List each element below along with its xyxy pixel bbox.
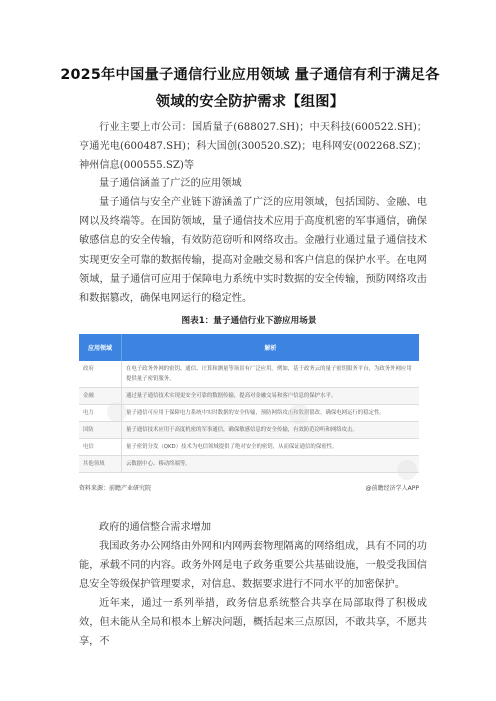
row-field: 其他领域 [79,456,122,473]
row-field: 国防 [79,422,122,439]
row-desc: 在电子政务外网的密钥、通信、计算和测量等场景有广泛应用。例如，基于政务云的量子密… [122,361,420,388]
table-row: 电力 量子通信可应用于保障电力系统中实时数据的安全传输，预防网络攻击和数据篡改，… [79,405,419,422]
table-header-row: 应用领域 解析 [79,334,419,361]
title-line-2: 领域的安全防护需求【组图】 [60,89,440,116]
section-heading-government: 政府的通信整合需求增加 [99,518,211,537]
listed-companies-paragraph: 行业主要上市公司：国盾量子(688027.SH)；中天科技(600522.SH)… [79,118,427,176]
section-heading-applications: 量子通信涵盖了广泛的应用领域 [99,174,242,193]
table-row: 金融 通过量子通信技术实现更安全可靠的数据传输，提高对金融交易和客户信息的保护水… [79,388,419,405]
row-desc: 云数据中心、移动终端等。 [122,456,420,473]
figure-footer: 资料来源：前瞻产业研究院 @前瞻经济学人APP [79,483,419,492]
header-field: 应用领域 [79,334,122,361]
watermark-icon [289,404,309,424]
figure-caption: 图表1：量子通信行业下游应用场景 [79,312,419,330]
table-row: 国防 量子通信技术应用于高度机密的军事通信，确保敏感信息的安全传输，有效防范窃听… [79,422,419,439]
government-paragraph-1: 我国政务办公网络由外网和内网两套物理隔离的网络组成，具有不同的功能，承载不同的内… [79,537,427,595]
row-desc: 量子通信可应用于保障电力系统中实时数据的安全传输，预防网络攻击和数据篡改，确保电… [122,405,420,422]
title-line-1: 2025年中国量子通信行业应用领域 量子通信有利于满足各 [60,62,440,89]
figure-source: 资料来源：前瞻产业研究院 [79,483,151,492]
document-page: 2025年中国量子通信行业应用领域 量子通信有利于满足各 领域的安全防护需求【组… [0,0,496,701]
row-field: 电信 [79,439,122,456]
row-field: 政府 [79,361,122,388]
table-row: 其他领域 云数据中心、移动终端等。 [79,456,419,473]
application-table: 应用领域 解析 政府 在电子政务外网的密钥、通信、计算和测量等场景有广泛应用。例… [79,334,419,473]
row-desc: 通过量子通信技术实现更安全可靠的数据传输，提高对金融交易和客户信息的保护水平。 [122,388,420,405]
watermark-icon [397,460,417,480]
table-row: 政府 在电子政务外网的密钥、通信、计算和测量等场景有广泛应用。例如，基于政务云的… [79,361,419,388]
article-title: 2025年中国量子通信行业应用领域 量子通信有利于满足各 领域的安全防护需求【组… [60,62,440,116]
watermark-icon [107,402,127,422]
figure-credit: @前瞻经济学人APP [366,483,419,492]
government-paragraph-2: 近年来，通过一系列举措，政务信息系统整合共享在局部取得了积极成效，但未能从全局和… [79,594,427,652]
figure-application-scenarios: 图表1：量子通信行业下游应用场景 应用领域 解析 政府 在电子政务外网的密钥、通… [79,312,419,492]
table-row: 电信 量子密钥分发（QKD）技术为电信领域提供了绝对安全的密钥，从而保证通信的保… [79,439,419,456]
row-desc: 量子密钥分发（QKD）技术为电信领域提供了绝对安全的密钥，从而保证通信的保密性。 [122,439,420,456]
header-analysis: 解析 [122,334,420,361]
applications-paragraph: 量子通信与安全产业链下游涵盖了广泛的应用领域，包括国防、金融、电网以及终端等。在… [79,193,427,308]
row-desc: 量子通信技术应用于高度机密的军事通信，确保敏感信息的安全传输，有效防范窃听和网络… [122,422,420,439]
